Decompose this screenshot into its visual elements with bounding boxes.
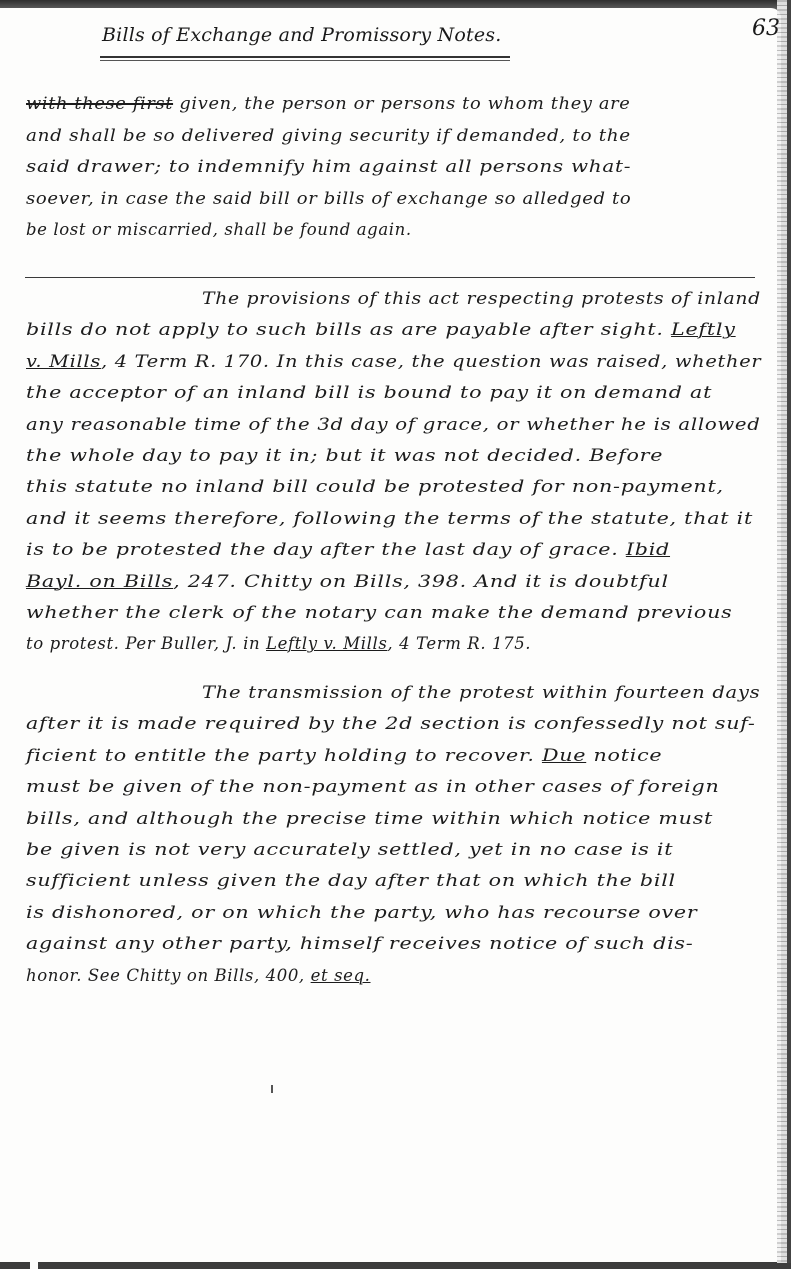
handwritten-line: said drawer; to indemnify him against al… bbox=[26, 157, 631, 176]
line-text: whether the clerk of the notary can make… bbox=[26, 603, 732, 622]
handwritten-line: this statute no inland bill could be pro… bbox=[26, 477, 724, 496]
handwritten-line: must be given of the non-payment as in o… bbox=[26, 777, 719, 796]
handwritten-line: The transmission of the protest within f… bbox=[202, 683, 760, 702]
handwritten-line: any reasonable time of the 3d day of gra… bbox=[26, 415, 761, 434]
handwritten-line: sufficient unless given the day after th… bbox=[26, 871, 676, 890]
handwritten-line: is to be protested the day after the las… bbox=[26, 540, 670, 559]
line-text: is dishonored, or on which the party, wh… bbox=[26, 903, 697, 922]
underlined-citation: Due bbox=[542, 746, 586, 765]
scan-right-border bbox=[787, 0, 791, 1269]
line-text: , 247. Chitty on Bills, 398. And it is d… bbox=[173, 572, 669, 591]
handwritten-line: bills do not apply to such bills as are … bbox=[26, 320, 736, 339]
handwritten-line: the whole day to pay it in; but it was n… bbox=[26, 446, 663, 465]
line-text: The transmission of the protest within f… bbox=[202, 683, 760, 702]
ink-speck bbox=[271, 1085, 273, 1093]
page-number: 63 bbox=[752, 16, 780, 41]
handwritten-line: honor. See Chitty on Bills, 400, et seq. bbox=[26, 966, 371, 985]
handwritten-line: and shall be so delivered giving securit… bbox=[26, 126, 631, 145]
handwritten-line: whether the clerk of the notary can make… bbox=[26, 603, 732, 622]
underlined-citation: Leftly v. Mills bbox=[266, 634, 387, 653]
line-text: ficient to entitle the party holding to … bbox=[26, 746, 542, 765]
line-text: after it is made required by the 2d sect… bbox=[26, 714, 756, 733]
handwritten-line: v. Mills, 4 Term R. 170. In this case, t… bbox=[26, 352, 761, 371]
line-text: given, the person or persons to whom the… bbox=[173, 94, 630, 113]
struck-text: with these first bbox=[26, 94, 173, 113]
line-text: and it seems therefore, following the te… bbox=[26, 509, 753, 528]
handwritten-line: be given is not very accurately settled,… bbox=[26, 840, 673, 859]
line-text: said drawer; to indemnify him against al… bbox=[26, 157, 631, 176]
line-text: bills do not apply to such bills as are … bbox=[26, 320, 671, 339]
line-text: must be given of the non-payment as in o… bbox=[26, 777, 719, 796]
handwritten-line: with these first given, the person or pe… bbox=[26, 94, 630, 113]
handwritten-line: soever, in case the said bill or bills o… bbox=[26, 189, 631, 208]
line-text: and shall be so delivered giving securit… bbox=[26, 126, 631, 145]
handwritten-line: ficient to entitle the party holding to … bbox=[26, 746, 662, 765]
handwritten-line: the acceptor of an inland bill is bound … bbox=[26, 383, 712, 402]
line-text: against any other party, himself receive… bbox=[26, 934, 693, 953]
line-text: to protest. Per Buller, J. in bbox=[26, 634, 266, 653]
line-text: , 4 Term R. 175. bbox=[387, 634, 531, 653]
underlined-citation: et seq. bbox=[311, 966, 371, 985]
line-text: any reasonable time of the 3d day of gra… bbox=[26, 415, 761, 434]
handwritten-line: after it is made required by the 2d sect… bbox=[26, 714, 756, 733]
line-text: soever, in case the said bill or bills o… bbox=[26, 189, 631, 208]
handwritten-line: The provisions of this act respecting pr… bbox=[202, 289, 761, 308]
handwritten-line: Bayl. on Bills, 247. Chitty on Bills, 39… bbox=[26, 572, 669, 591]
handwritten-line: be lost or miscarried, shall be found ag… bbox=[26, 220, 412, 239]
section-divider bbox=[25, 277, 755, 278]
line-text: notice bbox=[586, 746, 662, 765]
line-text: bills, and although the precise time wit… bbox=[26, 809, 713, 828]
handwritten-line: and it seems therefore, following the te… bbox=[26, 509, 753, 528]
handwritten-line: is dishonored, or on which the party, wh… bbox=[26, 903, 697, 922]
handwritten-line: bills, and although the precise time wit… bbox=[26, 809, 713, 828]
line-text: the acceptor of an inland bill is bound … bbox=[26, 383, 712, 402]
page-title: Bills of Exchange and Promissory Notes. bbox=[102, 24, 501, 46]
line-text: is to be protested the day after the las… bbox=[26, 540, 626, 559]
line-text: sufficient unless given the day after th… bbox=[26, 871, 676, 890]
bottom-gap bbox=[30, 1262, 38, 1269]
line-text: honor. See Chitty on Bills, 400, bbox=[26, 966, 311, 985]
handwritten-line: to protest. Per Buller, J. in Leftly v. … bbox=[26, 634, 531, 653]
underlined-citation: Bayl. on Bills bbox=[26, 572, 173, 591]
line-text: be given is not very accurately settled,… bbox=[26, 840, 673, 859]
page-header: Bills of Exchange and Promissory Notes. bbox=[100, 22, 510, 58]
line-text: this statute no inland bill could be pro… bbox=[26, 477, 724, 496]
underlined-citation: Leftly bbox=[671, 320, 736, 339]
line-text: the whole day to pay it in; but it was n… bbox=[26, 446, 663, 465]
underlined-citation: Ibid bbox=[626, 540, 670, 559]
line-text: be lost or miscarried, shall be found ag… bbox=[26, 220, 412, 239]
line-text: The provisions of this act respecting pr… bbox=[202, 289, 761, 308]
line-text: , 4 Term R. 170. In this case, the quest… bbox=[101, 352, 761, 371]
handwritten-line: against any other party, himself receive… bbox=[26, 934, 693, 953]
underlined-citation: v. Mills bbox=[26, 352, 101, 371]
scan-bottom-border bbox=[0, 1263, 791, 1269]
